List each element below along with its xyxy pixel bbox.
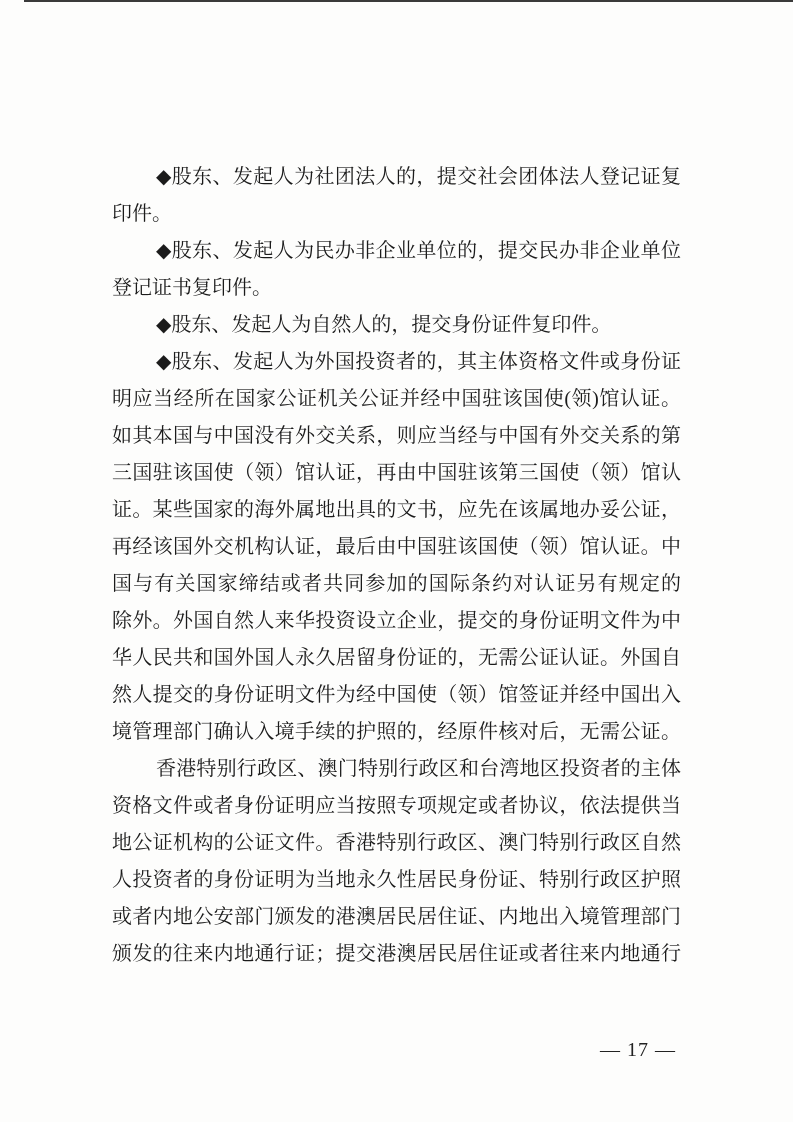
text-line: 证。某些国家的海外属地出具的文书，应先在该属地办妥公证， bbox=[112, 492, 681, 529]
text-line: 如其本国与中国没有外交关系，则应当经与中国有外交关系的第 bbox=[112, 418, 681, 455]
text-line: 资格文件或者身份证明应当按照专项规定或者协议，依法提供当 bbox=[112, 788, 681, 825]
text-line: ◆股东、发起人为自然人的，提交身份证件复印件。 bbox=[112, 307, 681, 344]
text-line: 印件。 bbox=[112, 196, 681, 233]
text-line: 明应当经所在国家公证机关公证并经中国驻该国使(领)馆认证。 bbox=[112, 381, 681, 418]
text-line: 然人提交的身份证明文件为经中国使（领）馆签证并经中国出入 bbox=[112, 677, 681, 714]
page-number: — 17 — bbox=[598, 1038, 678, 1062]
text-line: 国与有关国家缔结或者共同参加的国际条约对认证另有规定的 bbox=[112, 566, 681, 603]
text-line: ◆股东、发起人为外国投资者的，其主体资格文件或身份证 bbox=[112, 344, 681, 381]
scan-edge-line bbox=[24, 0, 793, 2]
body-text: ◆股东、发起人为社团法人的，提交社会团体法人登记证复 印件。 ◆股东、发起人为民… bbox=[112, 159, 681, 973]
text-line: 三国驻该国使（领）馆认证，再由中国驻该第三国使（领）馆认 bbox=[112, 455, 681, 492]
text-line: 登记证书复印件。 bbox=[112, 270, 681, 307]
text-line: 境管理部门确认入境手续的护照的，经原件核对后，无需公证。 bbox=[112, 714, 681, 751]
text-line: 地公证机构的公证文件。香港特别行政区、澳门特别行政区自然 bbox=[112, 825, 681, 862]
text-line: 华人民共和国外国人永久居留身份证的，无需公证认证。外国自 bbox=[112, 640, 681, 677]
text-line: 香港特别行政区、澳门特别行政区和台湾地区投资者的主体 bbox=[112, 751, 681, 788]
text-line: 颁发的往来内地通行证；提交港澳居民居住证或者往来内地通行 bbox=[112, 936, 681, 973]
text-line: 人投资者的身份证明为当地永久性居民身份证、特别行政区护照 bbox=[112, 862, 681, 899]
text-line: 或者内地公安部门颁发的港澳居民居住证、内地出入境管理部门 bbox=[112, 899, 681, 936]
text-line: 再经该国外交机构认证，最后由中国驻该国使（领）馆认证。中 bbox=[112, 529, 681, 566]
text-line: ◆股东、发起人为民办非企业单位的，提交民办非企业单位 bbox=[112, 233, 681, 270]
text-line: ◆股东、发起人为社团法人的，提交社会团体法人登记证复 bbox=[112, 159, 681, 196]
text-line: 除外。外国自然人来华投资设立企业，提交的身份证明文件为中 bbox=[112, 603, 681, 640]
document-page: ◆股东、发起人为社团法人的，提交社会团体法人登记证复 印件。 ◆股东、发起人为民… bbox=[0, 0, 793, 1122]
